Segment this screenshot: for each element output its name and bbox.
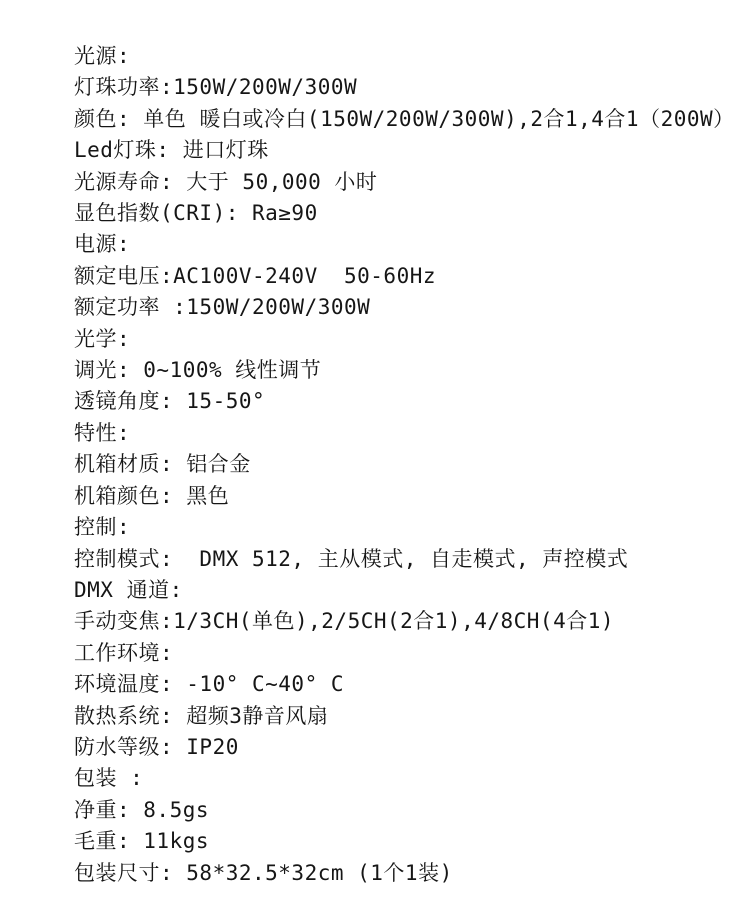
line-control-header: 控制: bbox=[74, 512, 730, 543]
line-cooling-system: 散热系统: 超频3静音风扇 bbox=[74, 701, 730, 732]
line-housing-color: 机箱颜色: 黑色 bbox=[74, 481, 730, 512]
line-packing-header: 包装 : bbox=[74, 763, 730, 794]
line-led-lamp: Led灯珠: 进口灯珠 bbox=[74, 135, 730, 166]
line-rated-voltage: 额定电压:AC100V-240V 50-60Hz bbox=[74, 261, 730, 292]
line-housing-material: 机箱材质: 铝合金 bbox=[74, 449, 730, 480]
line-features-header: 特性: bbox=[74, 418, 730, 449]
line-power-header: 电源: bbox=[74, 229, 730, 260]
line-lamp-power: 灯珠功率:150W/200W/300W bbox=[74, 72, 730, 103]
line-control-mode: 控制模式: DMX 512, 主从模式, 自走模式, 声控模式 bbox=[74, 544, 730, 575]
line-optics-header: 光学: bbox=[74, 324, 730, 355]
line-cri: 显色指数(CRI): Ra≥90 bbox=[74, 198, 730, 229]
line-net-weight: 净重: 8.5gs bbox=[74, 795, 730, 826]
line-ip-rating: 防水等级: IP20 bbox=[74, 732, 730, 763]
line-manual-zoom: 手动变焦:1/3CH(单色),2/5CH(2合1),4/8CH(4合1) bbox=[74, 606, 730, 637]
line-working-env-header: 工作环境: bbox=[74, 638, 730, 669]
line-lens-angle: 透镜角度: 15-50° bbox=[74, 386, 730, 417]
line-packing-size: 包装尺寸: 58*32.5*32cm (1个1装) bbox=[74, 858, 730, 889]
line-ambient-temp: 环境温度: -10° C~40° C bbox=[74, 669, 730, 700]
line-light-source-header: 光源: bbox=[74, 41, 730, 72]
spec-document: 光源: 灯珠功率:150W/200W/300W 颜色: 单色 暖白或冷白(150… bbox=[0, 0, 750, 923]
line-color: 颜色: 单色 暖白或冷白(150W/200W/300W),2合1,4合1（200… bbox=[74, 104, 730, 135]
line-dmx-channels-header: DMX 通道: bbox=[74, 575, 730, 606]
line-rated-power: 额定功率 :150W/200W/300W bbox=[74, 292, 730, 323]
line-gross-weight: 毛重: 11kgs bbox=[74, 826, 730, 857]
line-lamp-life: 光源寿命: 大于 50,000 小时 bbox=[74, 167, 730, 198]
line-dimming: 调光: 0~100% 线性调节 bbox=[74, 355, 730, 386]
